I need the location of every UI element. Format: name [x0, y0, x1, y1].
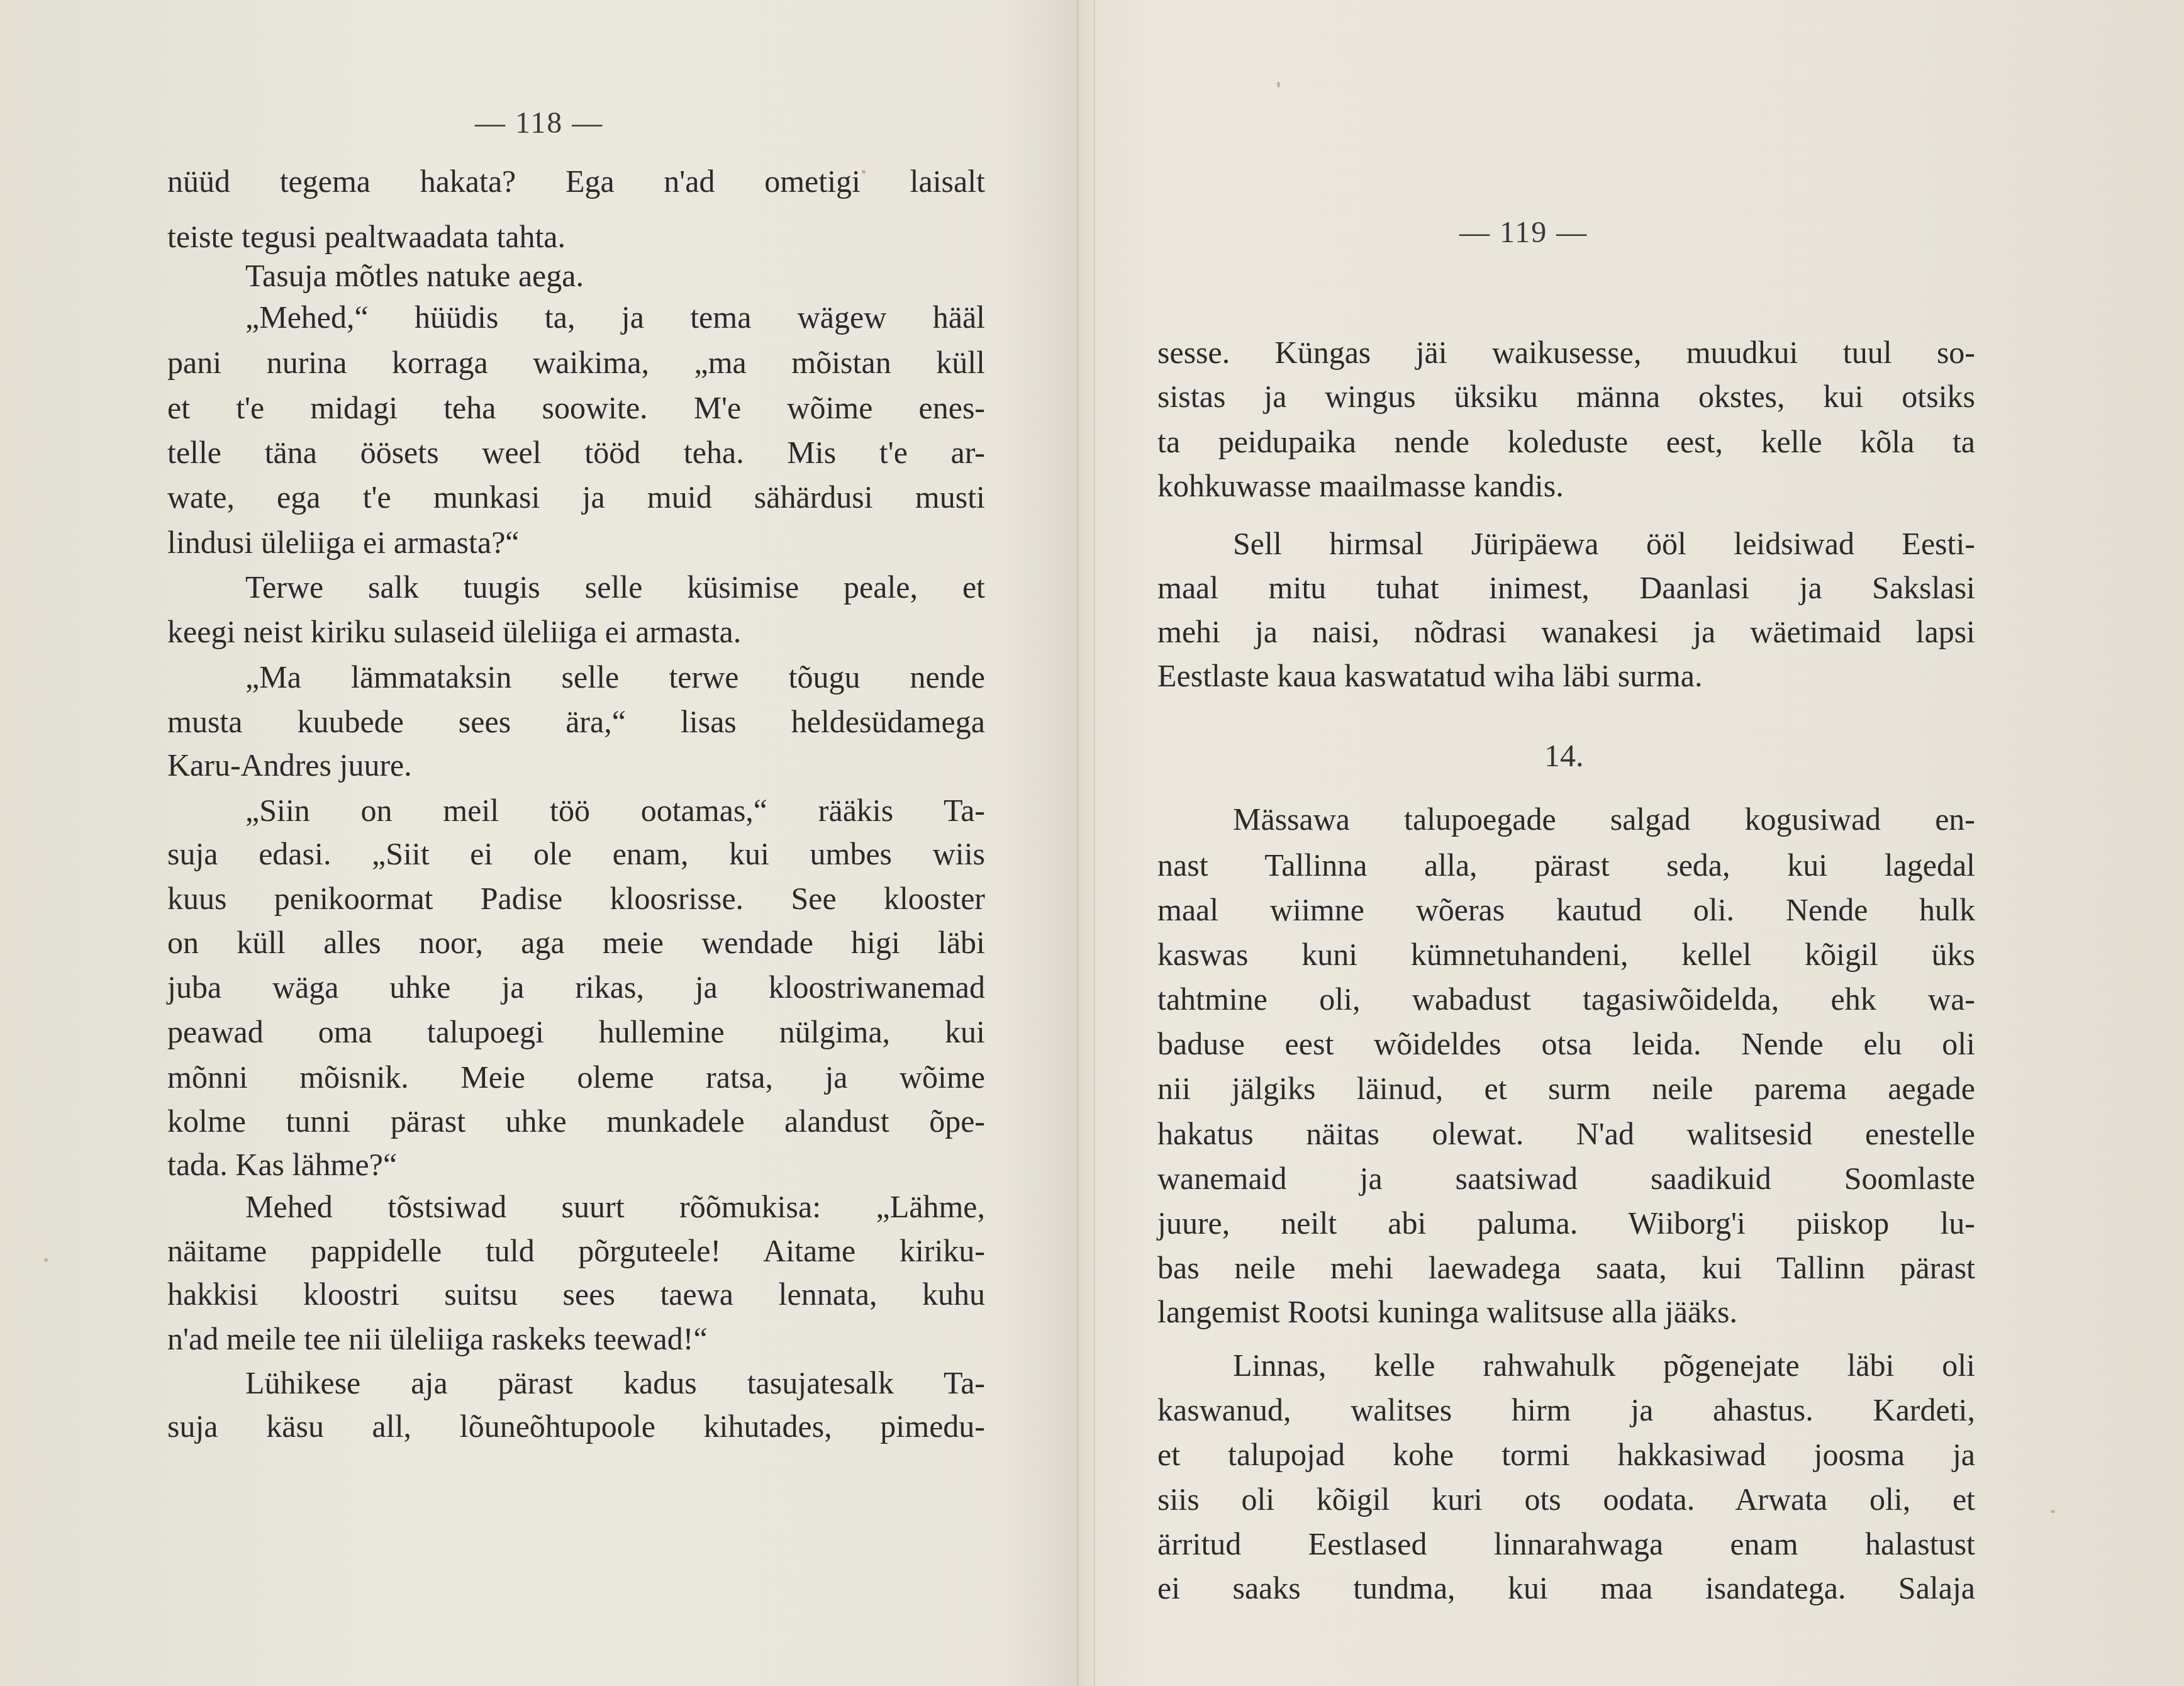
text-line: „Ma lämmataksin selle terwe tõugu nende — [245, 658, 985, 696]
paper-speck — [862, 170, 866, 174]
text-line: on küll alles noor, aga meie wendade hig… — [167, 924, 985, 961]
text-line: peawad oma talupoegi hullemine nülgima, … — [167, 1013, 985, 1051]
text-line: siis oli kõigil kuri ots oodata. Arwata … — [1157, 1480, 1975, 1518]
text-line: Karu-Andres juure. — [167, 746, 412, 784]
text-line: mõnni mõisnik. Meie oleme ratsa, ja wõim… — [167, 1058, 985, 1096]
text-line: Mässawa talupoegade salgad kogusiwad en- — [1233, 800, 1975, 838]
page-number: — 119 — — [1459, 215, 1588, 250]
text-line: ei saaks tundma, kui maa isandatega. Sal… — [1157, 1569, 1975, 1607]
text-line: wate, ega t'e munkasi ja muid sähärdusi … — [167, 478, 985, 516]
left-page: — 118 — nüüd tegema hakata? Ega n'ad ome… — [0, 0, 1076, 1686]
text-line: ärritud Eestlased linnarahwaga enam hala… — [1157, 1525, 1975, 1563]
text-line: Mehed tõstsiwad suurt rõõmukisa: „Lähme, — [245, 1188, 985, 1225]
text-line: maal wiimne wõeras kautud oli. Nende hul… — [1157, 891, 1975, 929]
text-line: nast Tallinna alla, pärast seda, kui lag… — [1157, 846, 1975, 884]
chapter-heading: 14. — [1544, 737, 1584, 774]
text-line: Tasuja mõtles natuke aega. — [245, 257, 584, 294]
text-line: kaswanud, walitses hirm ja ahastus. Kard… — [1157, 1391, 1975, 1429]
text-line: wanemaid ja saatsiwad saadikuid Soomlast… — [1157, 1159, 1975, 1197]
text-line: pani nurina korraga waikima, „ma mõistan… — [167, 343, 985, 381]
text-line: Sell hirmsal Jüripäewa ööl leidsiwad Ees… — [1233, 525, 1975, 562]
text-line: kolme tunni pärast uhke munkadele alandu… — [167, 1102, 985, 1140]
text-line: kuus penikoormat Padise kloosrisse. See … — [167, 879, 985, 917]
text-line: nii jälgiks läinud, et surm neile parema… — [1157, 1069, 1975, 1107]
text-line: musta kuubede sees ära,“ lisas heldesüda… — [167, 703, 985, 740]
text-line: Terwe salk tuugis selle küsimise peale, … — [245, 568, 985, 606]
text-line: näitame pappidelle tuld põrguteele! Aita… — [167, 1232, 985, 1270]
text-line: ta peidupaika nende koleduste eest, kell… — [1157, 423, 1975, 461]
text-line: n'ad meile tee nii üleliiga raskeks teew… — [167, 1320, 708, 1358]
text-line: hakkisi kloostri suitsu sees taewa lenna… — [167, 1275, 985, 1313]
text-line: Eestlaste kaua kaswatatud wiha läbi surm… — [1157, 657, 1702, 695]
text-line: hakatus näitas olewat. N'ad walitsesid e… — [1157, 1115, 1975, 1153]
gutter-fold — [1077, 0, 1079, 1686]
text-line: Linnas, kelle rahwahulk põgenejate läbi … — [1233, 1346, 1975, 1384]
book-spread: — 118 — nüüd tegema hakata? Ega n'ad ome… — [0, 0, 2184, 1686]
text-line: langemist Rootsi kuninga walitsuse alla … — [1157, 1293, 1737, 1331]
paper-speck — [44, 1258, 48, 1262]
text-line: sesse. Küngas jäi waikusesse, muudkui tu… — [1157, 333, 1975, 371]
text-line: telle täna öösets weel tööd teha. Mis t'… — [167, 433, 985, 471]
right-page: — 119 — sesse. Küngas jäi waikusesse, mu… — [1095, 0, 2184, 1686]
text-line: nüüd tegema hakata? Ega n'ad ometigi lai… — [167, 162, 985, 200]
text-line: sistas ja wingus üksiku männa okstes, ku… — [1157, 377, 1975, 415]
text-line: et talupojad kohe tormi hakkasiwad joosm… — [1157, 1436, 1975, 1473]
text-line: mehi ja naisi, nõdrasi wanakesi ja wäeti… — [1157, 613, 1975, 650]
text-line: „Siin on meil töö ootamas,“ rääkis Ta- — [245, 791, 985, 829]
text-line: suja käsu all, lõuneõhtupoole kihutades,… — [167, 1407, 985, 1445]
text-line: et t'e midagi teha soowite. M'e wõime en… — [167, 389, 985, 427]
page-number: — 118 — — [475, 106, 603, 140]
text-line: suja edasi. „Siit ei ole enam, kui umbes… — [167, 835, 985, 873]
text-line: kohkuwasse maailmasse kandis. — [1157, 467, 1564, 505]
text-line: „Mehed,“ hüüdis ta, ja tema wägew hääl — [245, 298, 985, 336]
paper-speck — [1277, 82, 1280, 87]
text-line: tahtmine oli, wabadust tagasiwõidelda, e… — [1157, 980, 1975, 1018]
paper-speck — [2051, 1510, 2055, 1513]
text-line: maal mitu tuhat inimest, Daanlasi ja Sak… — [1157, 569, 1975, 606]
text-line: baduse eest wõideldes otsa leida. Nende … — [1157, 1025, 1975, 1063]
text-line: juure, neilt abi paluma. Wiiborg'i piisk… — [1157, 1204, 1975, 1242]
text-line: keegi neist kiriku sulaseid üleliiga ei … — [167, 613, 741, 650]
text-line: lindusi üleliiga ei armasta?“ — [167, 523, 520, 561]
text-line: kaswas kuni kümnetuhandeni, kellel kõigi… — [1157, 935, 1975, 973]
text-line: tada. Kas lähme?“ — [167, 1146, 397, 1183]
text-line: juba wäga uhke ja rikas, ja kloostriwane… — [167, 968, 985, 1006]
text-line: teiste tegusi pealtwaadata tahta. — [167, 218, 565, 255]
text-line: bas neile mehi laewadega saata, kui Tall… — [1157, 1249, 1975, 1287]
text-line: Lühikese aja pärast kadus tasujatesalk T… — [245, 1364, 985, 1402]
